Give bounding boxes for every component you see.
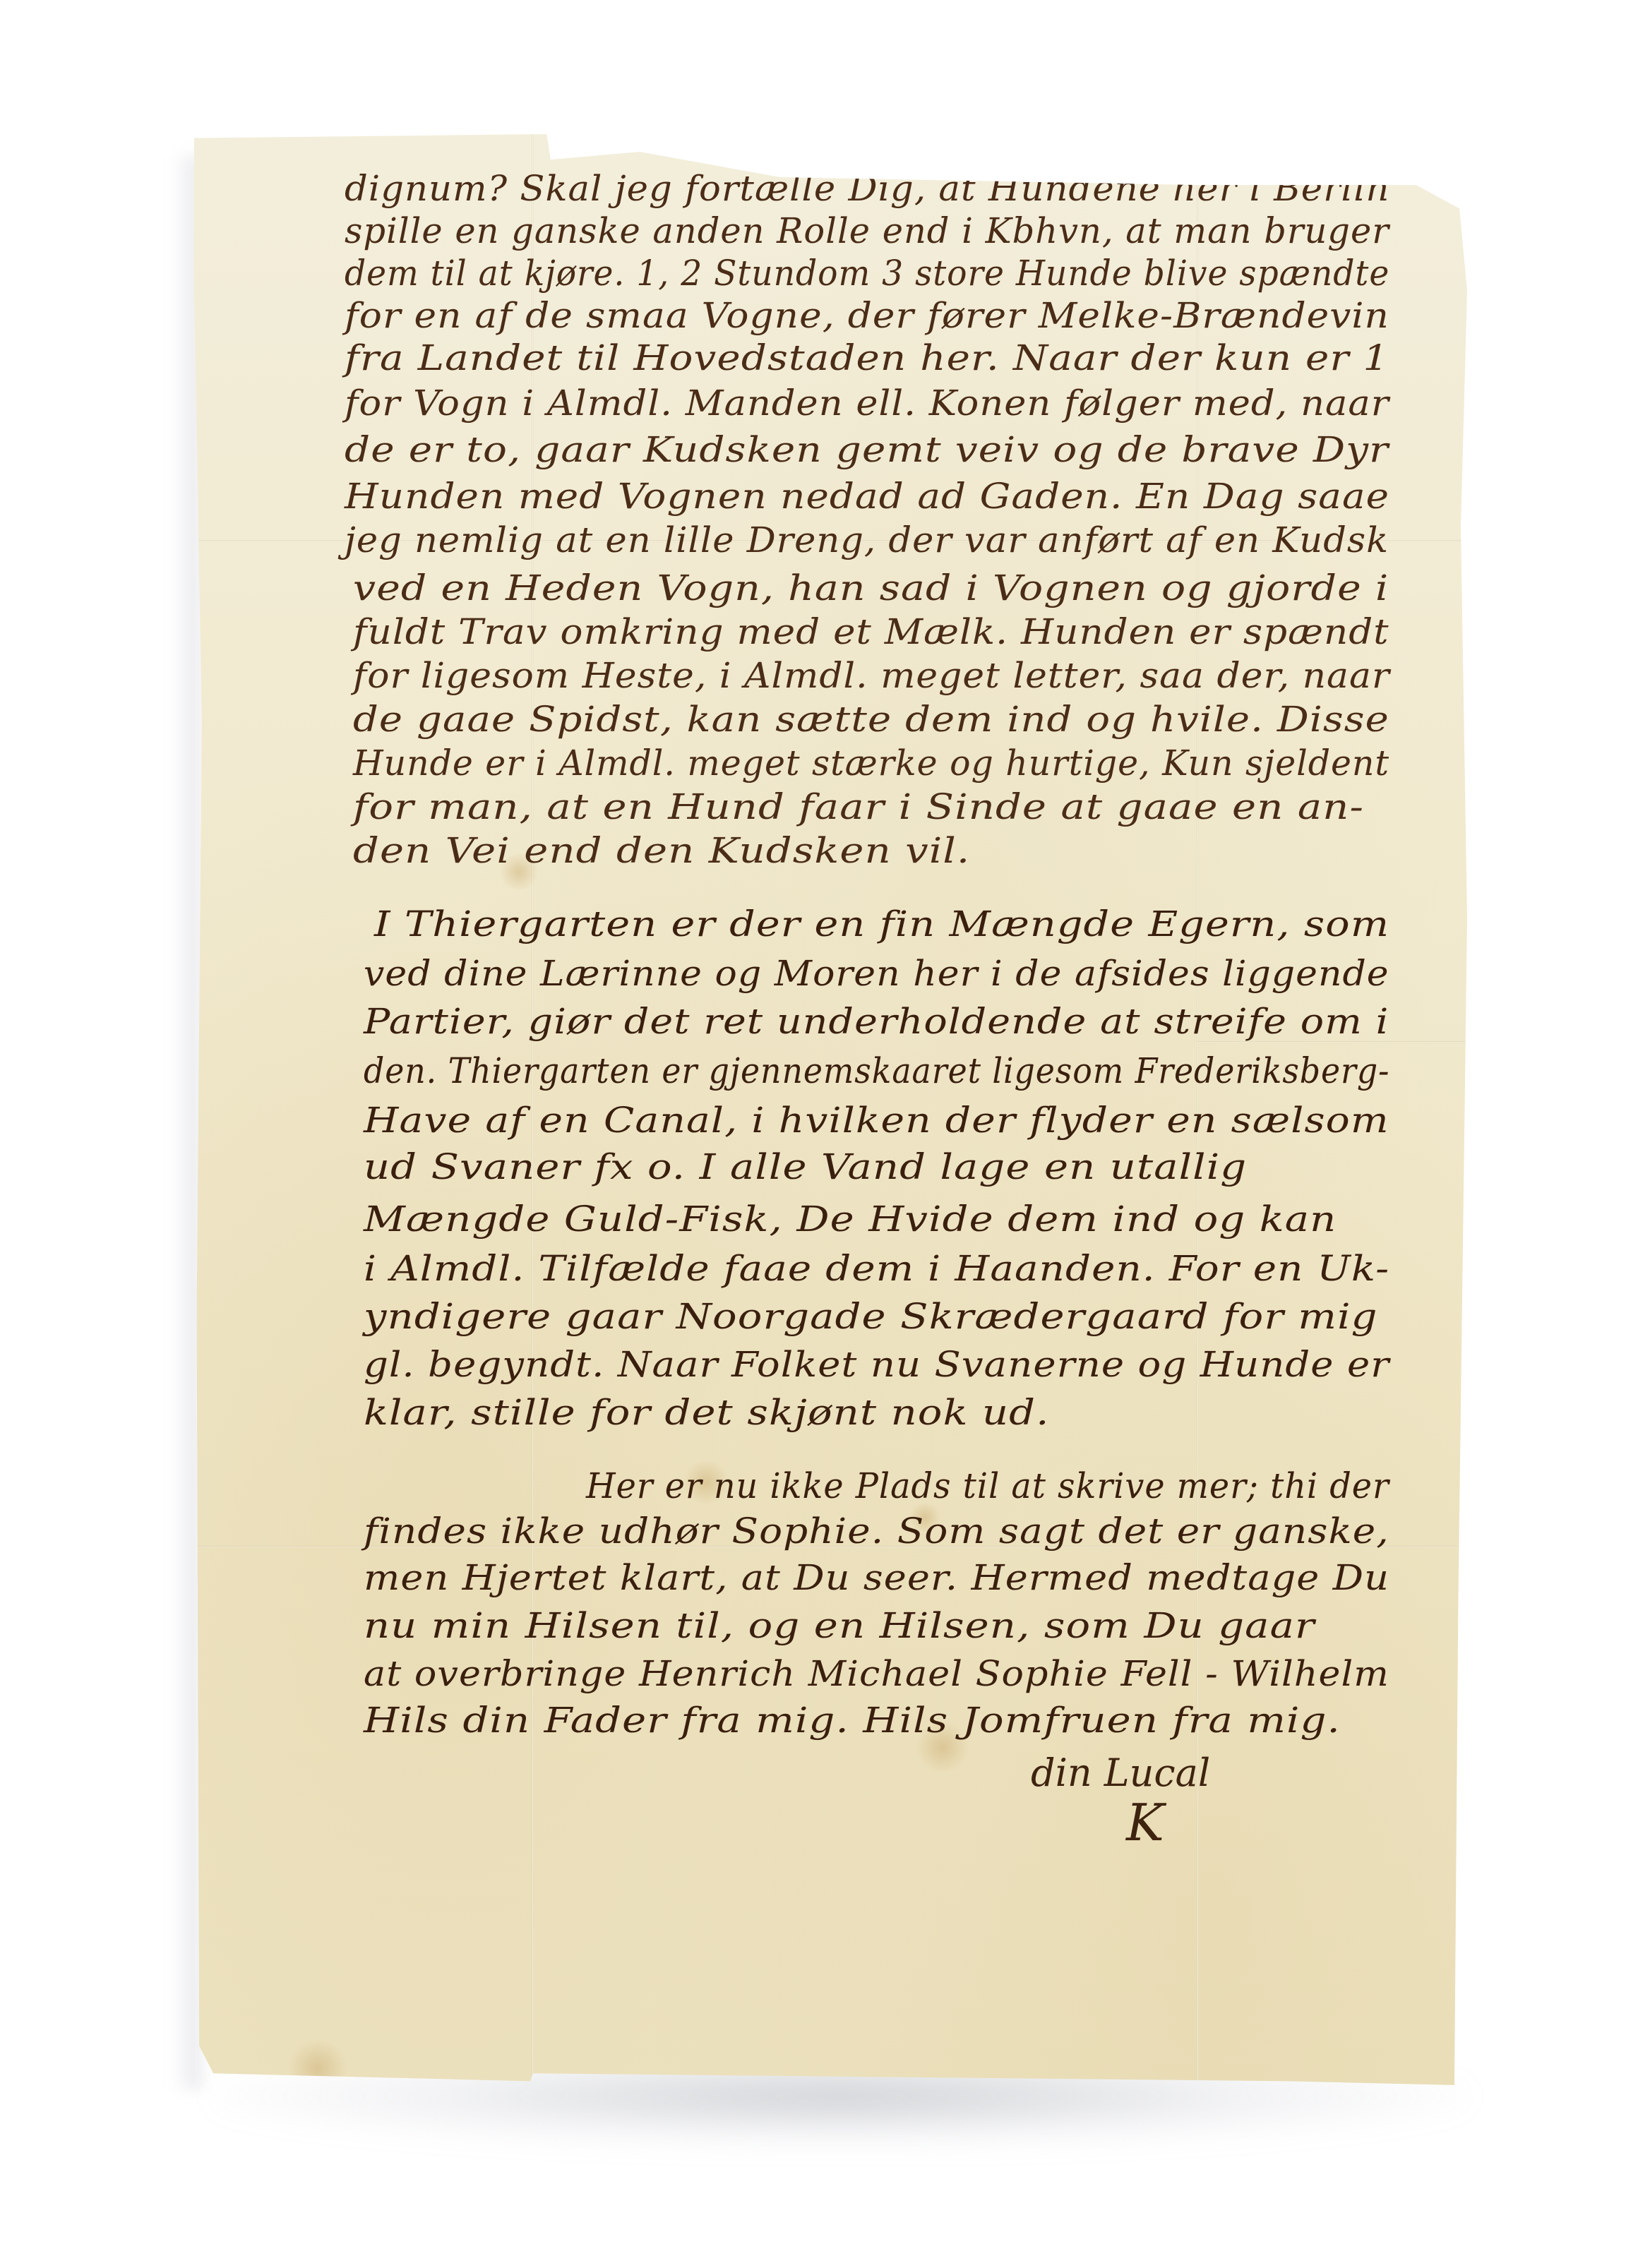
- letter-line: de gaae Spidst, kan sætte dem ind og hvi…: [353, 699, 1389, 740]
- signature-initial: K: [1126, 1793, 1164, 1852]
- letter-line: Partier, giør det ret underholdende at s…: [364, 1001, 1389, 1042]
- letter-line: den. Thiergarten er gjennemskaaret liges…: [364, 1050, 1389, 1091]
- letter-line: ved dine Lærinne og Moren her i de afsid…: [364, 953, 1389, 994]
- letter-line: dem til at kjøre. 1, 2 Stundom 3 store H…: [345, 253, 1389, 294]
- letter-line: i Almdl. Tilfælde faae dem i Haanden. Fo…: [364, 1248, 1389, 1289]
- letter-line: Have af en Canal, i hvilken der flyder e…: [364, 1100, 1389, 1141]
- letter-line: yndigere gaar Noorgade Skrædergaard for …: [364, 1296, 1378, 1337]
- letter-line: Hunde er i Almdl. meget stærke og hurtig…: [353, 743, 1389, 784]
- letter-line: for man, at en Hund faar i Sinde at gaae…: [353, 786, 1364, 827]
- letter-line: at overbringe Henrich Michael Sophie Fel…: [364, 1653, 1389, 1694]
- letter-paper: dignum? Skal jeg fortælle Dig, at Hunden…: [194, 134, 1467, 2093]
- letter-line: spille en ganske anden Rolle end i Kbhvn…: [345, 210, 1389, 251]
- letter-line: gl. begyndt. Naar Folket nu Svanerne og …: [364, 1344, 1389, 1385]
- letter-line: Hils din Fader fra mig. Hils Jomfruen fr…: [364, 1700, 1341, 1741]
- letter-line: nu min Hilsen til, og en Hilsen, som Du …: [364, 1605, 1315, 1646]
- letter-line: dignum? Skal jeg fortælle Dig, at Hunden…: [345, 168, 1389, 209]
- letter-line: findes ikke udhør Sophie. Som sagt det e…: [364, 1511, 1389, 1552]
- letter-line: I Thiergarten er der en fin Mængde Egern…: [374, 904, 1389, 944]
- letter-line: for ligesom Heste, i Almdl. meget letter…: [353, 655, 1390, 696]
- letter-line: Her er nu ikke Plads til at skrive mer; …: [586, 1465, 1389, 1506]
- letter-line: den Vei end den Kudsken vil.: [353, 830, 970, 871]
- letter-line: for en af de smaa Vogne, der fører Melke…: [345, 295, 1389, 336]
- letter-line: jeg nemlig at en lille Dreng, der var an…: [345, 520, 1389, 560]
- letter-line: fra Landet til Hovedstaden her. Naar der…: [345, 337, 1389, 378]
- letter-line: Hunden med Vognen nedad ad Gaden. En Dag…: [345, 476, 1389, 517]
- letter-body: dignum? Skal jeg fortælle Dig, at Hunden…: [194, 134, 1467, 2093]
- letter-line: Mængde Guld-Fisk, De Hvide dem ind og ka…: [364, 1199, 1337, 1240]
- letter-closing: din Lucal: [1031, 1751, 1210, 1795]
- letter-line: ved en Heden Vogn, han sad i Vognen og g…: [353, 568, 1389, 608]
- letter-line: for Vogn i Almdl. Manden ell. Konen følg…: [345, 383, 1389, 424]
- letter-line: men Hjertet klart, at Du seer. Hermed me…: [364, 1557, 1389, 1598]
- letter-line: fuldt Trav omkring med et Mælk. Hunden e…: [353, 611, 1389, 652]
- letter-line: klar, stille for det skjønt nok ud.: [364, 1392, 1050, 1433]
- letter-line: ud Svaner fx o. I alle Vand lage en utal…: [364, 1146, 1247, 1187]
- letter-line: de er to, gaar Kudsken gemt veiv og de b…: [345, 429, 1389, 470]
